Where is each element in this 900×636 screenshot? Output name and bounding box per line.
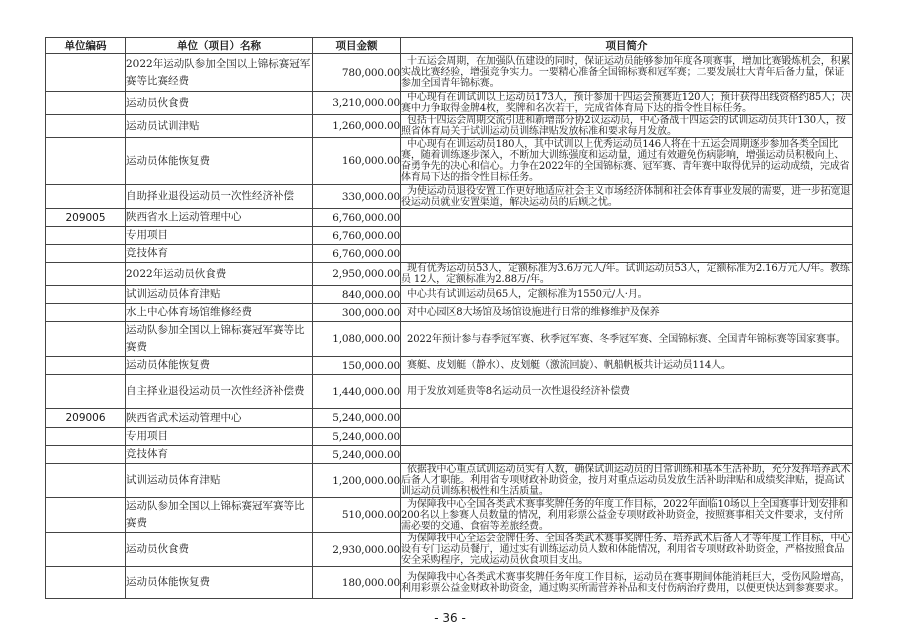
amount-cell: 180,000.00	[313, 567, 401, 599]
table-row: 竞技体育 5,240,000.00	[46, 446, 853, 464]
page-number: - 36 -	[0, 611, 900, 625]
amount-cell: 1,200,000.00	[313, 464, 401, 498]
description-cell	[401, 409, 853, 428]
unit-name-cell: 运动队参加全国以上锦标赛冠军赛等比赛费	[126, 322, 313, 357]
unit-name-cell: 自主择业退役运动员一次性经济补偿费	[126, 375, 313, 409]
description-cell: 包括十四运会周期交流引进和新增部分协2议运动员，中心备战十四运会的试训运动员共计…	[401, 115, 853, 138]
table-row: 水上中心体育场馆维修经费 300,000.00 对中心园区8大场馆及场馆设施进行…	[46, 304, 853, 322]
unit-name-cell: 2022年运动员伙食费	[126, 263, 313, 286]
amount-cell: 780,000.00	[313, 54, 401, 92]
amount-cell: 1,440,000.00	[313, 375, 401, 409]
amount-cell: 300,000.00	[313, 304, 401, 322]
unit-name-cell: 运动员试训津贴	[126, 115, 313, 138]
unit-name-cell: 运动员伙食费	[126, 533, 313, 567]
amount-cell: 6,760,000.00	[313, 245, 401, 263]
unit-name-cell: 运动员体能恢复费	[126, 138, 313, 185]
amount-cell: 330,000.00	[313, 185, 401, 209]
amount-cell: 6,760,000.00	[313, 209, 401, 227]
header-amount: 项目金额	[313, 38, 401, 54]
unit-name-cell: 陕西省水上运动管理中心	[126, 209, 313, 227]
table-row: 试训运动员体育津贴 840,000.00 中心共有试训运动员65人，定额标准为1…	[46, 286, 853, 304]
amount-cell: 6,760,000.00	[313, 227, 401, 245]
table-row: 竞技体育 6,760,000.00	[46, 245, 853, 263]
unit-name-cell: 竞技体育	[126, 446, 313, 464]
description-cell	[401, 245, 853, 263]
header-description: 项目简介	[401, 38, 853, 54]
unit-code-cell	[46, 533, 126, 567]
description-cell: 为保障我中心全运会金牌任务、全国各类武术赛事奖牌任务、培养武术后备人才等年度工作…	[401, 533, 853, 567]
amount-cell: 3,210,000.00	[313, 92, 401, 115]
unit-code-cell: 209006	[46, 409, 126, 428]
unit-name-cell: 专用项目	[126, 428, 313, 446]
unit-name-cell: 运动员体能恢复费	[126, 357, 313, 375]
unit-name-cell: 运动员体能恢复费	[126, 567, 313, 599]
description-cell	[401, 428, 853, 446]
header-unit-code: 单位编码	[46, 38, 126, 54]
description-cell	[401, 446, 853, 464]
unit-name-cell: 陕西省武术运动管理中心	[126, 409, 313, 428]
description-cell: 用于发放刘延贵等8名运动员一次性退役经济补偿费	[401, 375, 853, 409]
unit-code-cell	[46, 322, 126, 357]
description-cell	[401, 227, 853, 245]
unit-name-cell: 2022年运动队参加全国以上锦标赛冠军赛等比赛经费	[126, 54, 313, 92]
table-row: 运动员伙食费 2,930,000.00 为保障我中心全运会金牌任务、全国各类武术…	[46, 533, 853, 567]
table-row: 自主择业退役运动员一次性经济补偿费 1,440,000.00 用于发放刘延贵等8…	[46, 375, 853, 409]
unit-name-cell: 水上中心体育场馆维修经费	[126, 304, 313, 322]
amount-cell: 840,000.00	[313, 286, 401, 304]
unit-code-cell	[46, 304, 126, 322]
unit-name-cell: 运动队参加全国以上锦标赛冠军赛等比赛费	[126, 498, 313, 533]
table-row: 运动员体能恢复费 150,000.00 赛艇、皮划艇（静水）、皮划艇（激流回旋）…	[46, 357, 853, 375]
unit-code-cell	[46, 498, 126, 533]
unit-name-cell: 运动员伙食费	[126, 92, 313, 115]
table-row: 自助择业退役运动员一次性经济补偿 330,000.00 为使运动员退役安置工作更…	[46, 185, 853, 209]
unit-name-cell: 试训运动员体育津贴	[126, 464, 313, 498]
amount-cell: 5,240,000.00	[313, 409, 401, 428]
table-row: 试训运动员体育津贴 1,200,000.00 依据我中心重点试训运动员实有人数，…	[46, 464, 853, 498]
amount-cell: 5,240,000.00	[313, 446, 401, 464]
unit-code-cell	[46, 464, 126, 498]
table-row: 专用项目 6,760,000.00	[46, 227, 853, 245]
unit-code-cell	[46, 567, 126, 599]
description-cell: 对中心园区8大场馆及场馆设施进行日常的维修维护及保养	[401, 304, 853, 322]
description-cell: 2022年预计参与春季冠军赛、秋季冠军赛、冬季冠军赛、全国锦标赛、全国青年锦标赛…	[401, 322, 853, 357]
amount-cell: 2,950,000.00	[313, 263, 401, 286]
unit-name-cell: 竞技体育	[126, 245, 313, 263]
amount-cell: 510,000.00	[313, 498, 401, 533]
description-cell: 为使运动员退役安置工作更好地适应社会主义市场经济体制和社会体育事业发展的需要，进…	[401, 185, 853, 209]
unit-name-cell: 自助择业退役运动员一次性经济补偿	[126, 185, 313, 209]
unit-code-cell	[46, 357, 126, 375]
table-row: 运动员试训津贴 1,260,000.00 包括十四运会周期交流引进和新增部分协2…	[46, 115, 853, 138]
table-row: 运动员体能恢复费 180,000.00 为保障我中心各类武术赛事奖牌任务年度工作…	[46, 567, 853, 599]
description-cell: 中心现有在训试训以上运动员173人，预计参加十四运会预赛近120人；预计获得出线…	[401, 92, 853, 115]
description-cell: 中心共有试训运动员65人，定额标准为1550元/人·月。	[401, 286, 853, 304]
table-row: 运动员伙食费 3,210,000.00 中心现有在训试训以上运动员173人，预计…	[46, 92, 853, 115]
unit-code-cell	[46, 115, 126, 138]
description-cell: 中心现有在训运动员180人，其中试训以上优秀运动员146人将在十五运会周期逐步参…	[401, 138, 853, 185]
table-row: 专用项目 5,240,000.00	[46, 428, 853, 446]
unit-code-cell	[46, 428, 126, 446]
description-cell: 现有优秀运动员53人，定额标准为3.6万元人/年。试训运动员53人，定额标准为2…	[401, 263, 853, 286]
budget-table: 单位编码 单位（项目）名称 项目金额 项目简介 2022年运动队参加全国以上锦标…	[45, 37, 853, 599]
table-row: 运动队参加全国以上锦标赛冠军赛等比赛费 510,000.00 为保障我中心全国各…	[46, 498, 853, 533]
amount-cell: 5,240,000.00	[313, 428, 401, 446]
header-unit-name: 单位（项目）名称	[126, 38, 313, 54]
table-row: 209005 陕西省水上运动管理中心 6,760,000.00	[46, 209, 853, 227]
description-cell: 为保障我中心各类武术赛事奖牌任务年度工作目标，运动员在赛事期间体能消耗巨大，受伤…	[401, 567, 853, 599]
unit-name-cell: 试训运动员体育津贴	[126, 286, 313, 304]
unit-code-cell	[46, 245, 126, 263]
amount-cell: 1,080,000.00	[313, 322, 401, 357]
table-row: 209006 陕西省武术运动管理中心 5,240,000.00	[46, 409, 853, 428]
amount-cell: 1,260,000.00	[313, 115, 401, 138]
description-cell: 为保障我中心全国各类武术赛事奖牌任务的年度工作目标，2022年面临10场以上全国…	[401, 498, 853, 533]
description-cell: 依据我中心重点试训运动员实有人数，确保试训运动员的日常训练和基本生活补助，充分发…	[401, 464, 853, 498]
unit-name-cell: 专用项目	[126, 227, 313, 245]
amount-cell: 160,000.00	[313, 138, 401, 185]
unit-code-cell	[46, 263, 126, 286]
table-row: 2022年运动队参加全国以上锦标赛冠军赛等比赛经费 780,000.00 十五运…	[46, 54, 853, 92]
unit-code-cell	[46, 92, 126, 115]
description-cell: 赛艇、皮划艇（静水）、皮划艇（激流回旋）、帆船帆板共计运动员114人。	[401, 357, 853, 375]
unit-code-cell	[46, 286, 126, 304]
amount-cell: 2,930,000.00	[313, 533, 401, 567]
description-cell	[401, 209, 853, 227]
amount-cell: 150,000.00	[313, 357, 401, 375]
unit-code-cell	[46, 185, 126, 209]
table-row: 运动员体能恢复费 160,000.00 中心现有在训运动员180人，其中试训以上…	[46, 138, 853, 185]
unit-code-cell	[46, 138, 126, 185]
unit-code-cell	[46, 54, 126, 92]
unit-code-cell: 209005	[46, 209, 126, 227]
description-cell: 十五运会周期，在加强队伍建设的同时，保证运动员能够参加年度各项赛事，增加比赛锻炼…	[401, 54, 853, 92]
table-row: 2022年运动员伙食费 2,950,000.00 现有优秀运动员53人，定额标准…	[46, 263, 853, 286]
unit-code-cell	[46, 375, 126, 409]
unit-code-cell	[46, 227, 126, 245]
table-header-row: 单位编码 单位（项目）名称 项目金额 项目简介	[46, 38, 853, 54]
unit-code-cell	[46, 446, 126, 464]
table-row: 运动队参加全国以上锦标赛冠军赛等比赛费 1,080,000.00 2022年预计…	[46, 322, 853, 357]
